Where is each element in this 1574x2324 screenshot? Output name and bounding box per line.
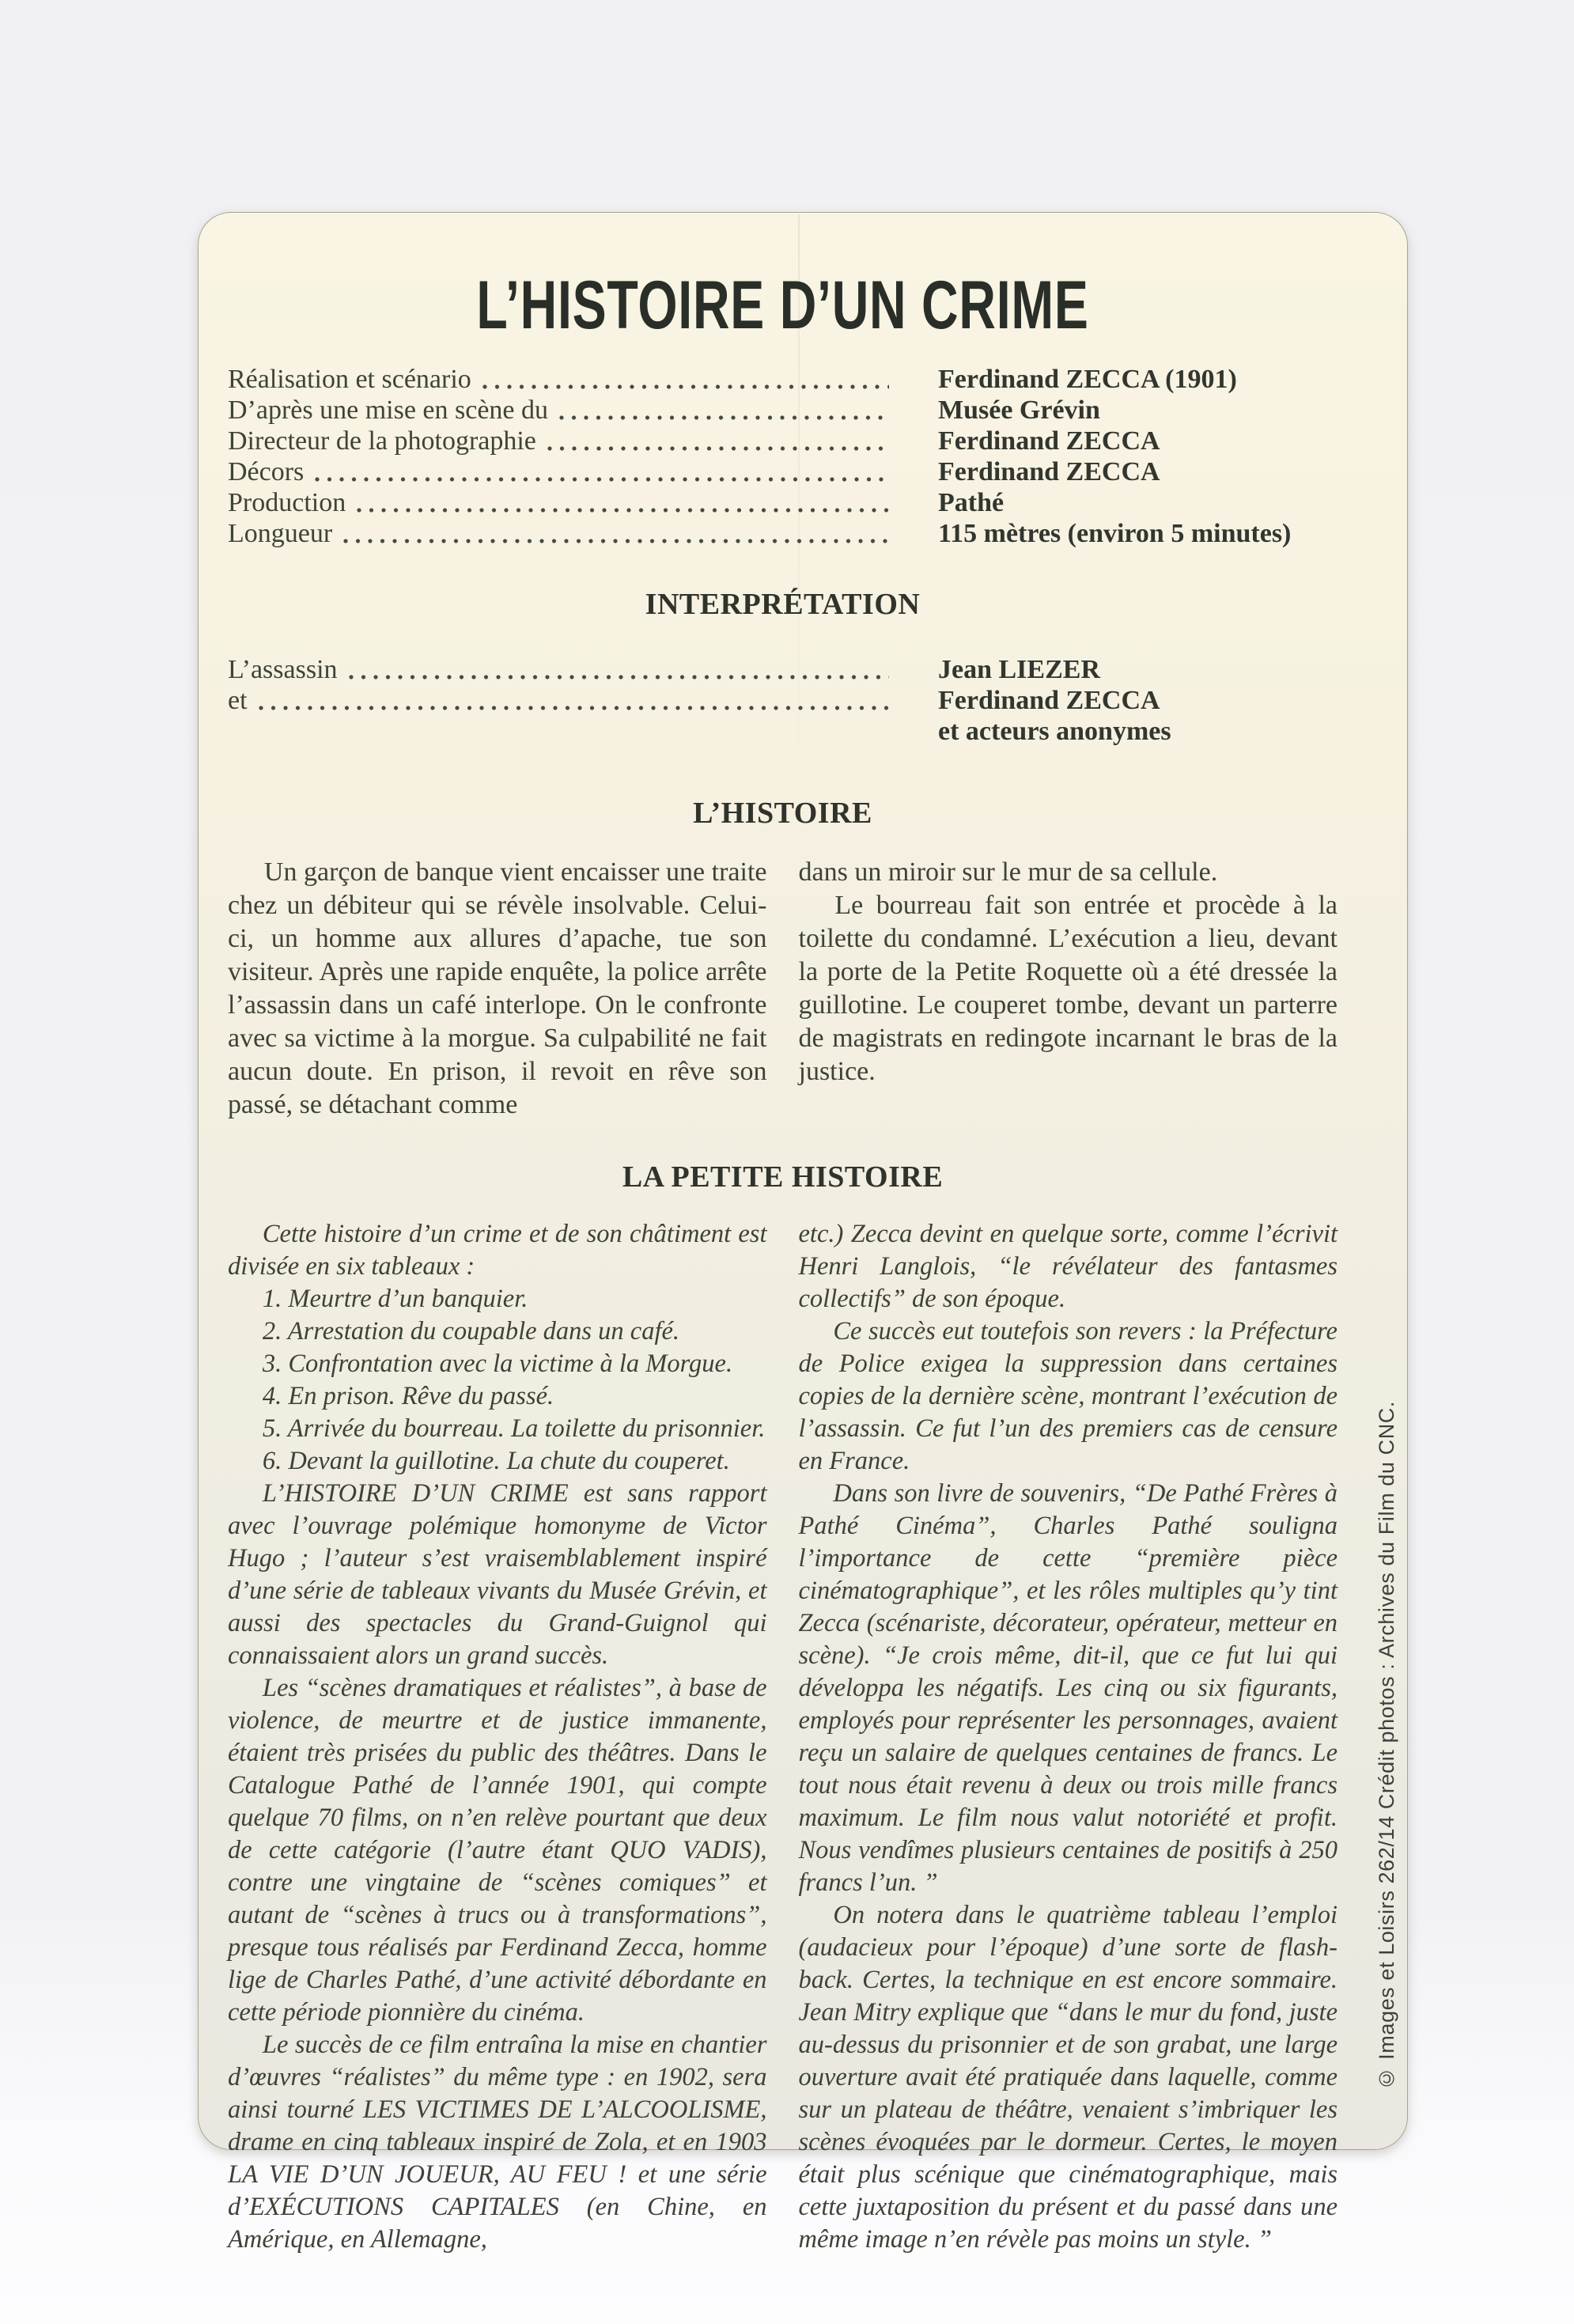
- credit-label: Directeur de la photographie: [228, 428, 536, 455]
- leader-dots: [482, 383, 889, 391]
- credit-label-cell: Longueur: [228, 520, 938, 547]
- paragraph: 5. Arrivée du bourreau. La toilette du p…: [228, 1413, 767, 1445]
- paragraph: Les “scènes dramatiques et réalistes”, à…: [228, 1672, 767, 2029]
- paragraph: 6. Devant la guillotine. La chute du cou…: [228, 1445, 767, 1478]
- credit-row: ProductionPathé: [228, 490, 1338, 517]
- leader-dots: [559, 414, 889, 422]
- paragraph: Ce succès eut toutefois son revers : la …: [799, 1315, 1338, 1478]
- leader-dots: [343, 537, 889, 545]
- credit-value: Ferdinand ZECCA: [938, 687, 1338, 714]
- credits-list: Réalisation et scénarioFerdinand ZECCA (…: [228, 366, 1338, 547]
- petite-histoire-columns: Cette histoire d’un crime et de son chât…: [228, 1218, 1338, 2256]
- credit-row: Longueur115 mètres (environ 5 minutes): [228, 520, 1338, 547]
- paragraph: Un garçon de banque vient encaisser une …: [228, 856, 767, 1122]
- copyright-credit: © Images et Loisirs 262/14 Crédit photos…: [1375, 1401, 1399, 2091]
- histoire-columns: Un garçon de banque vient encaisser une …: [228, 856, 1338, 1122]
- credit-label: Décors: [228, 459, 304, 486]
- card-content: L’HISTOIRE D’UN CRIME Réalisation et scé…: [228, 213, 1338, 2256]
- credit-row: DécorsFerdinand ZECCA: [228, 459, 1338, 486]
- credit-value: Ferdinand ZECCA: [938, 459, 1338, 486]
- paragraph: dans un miroir sur le mur de sa cellule.: [799, 856, 1338, 889]
- paragraph: 3. Confrontation avec la victime à la Mo…: [228, 1348, 767, 1380]
- interpretation-list: L’assassinJean LIEZERetFerdinand ZECCAet…: [228, 657, 1338, 745]
- leader-dots: [357, 506, 889, 514]
- paragraph: L’HISTOIRE D’UN CRIME est sans rapport a…: [228, 1478, 767, 1672]
- credit-value: Pathé: [938, 490, 1338, 517]
- histoire-heading: L’HISTOIRE: [228, 796, 1338, 831]
- paragraph: Cette histoire d’un crime et de son chât…: [228, 1218, 767, 1283]
- credit-label-cell: Réalisation et scénario: [228, 366, 938, 393]
- credit-label-cell: Décors: [228, 459, 938, 486]
- paragraph: 1. Meurtre d’un banquier.: [228, 1283, 767, 1315]
- credit-value: et acteurs anonymes: [938, 718, 1338, 745]
- paragraph: 2. Arrestation du coupable dans un café.: [228, 1315, 767, 1348]
- credit-label-cell: et: [228, 687, 938, 714]
- credit-label: L’assassin: [228, 657, 338, 683]
- paragraph: etc.) Zecca devint en quelque sorte, com…: [799, 1218, 1338, 1315]
- credit-value: Jean LIEZER: [938, 657, 1338, 683]
- interpretation-heading: INTERPRÉTATION: [228, 587, 1338, 622]
- film-card: L’HISTOIRE D’UN CRIME Réalisation et scé…: [198, 212, 1408, 2150]
- credit-value: Ferdinand ZECCA (1901): [938, 366, 1338, 393]
- paragraph: Dans son livre de souvenirs, “De Pathé F…: [799, 1478, 1338, 1899]
- paragraph: On notera dans le quatrième tableau l’em…: [799, 1899, 1338, 2256]
- credit-value: Musée Grévin: [938, 397, 1338, 424]
- petite-histoire-heading: LA PETITE HISTOIRE: [228, 1160, 1338, 1194]
- leader-dots: [547, 445, 889, 452]
- paragraph: Le succès de ce film entraîna la mise en…: [228, 2029, 767, 2256]
- leader-dots: [259, 704, 889, 712]
- credit-label-cell: Directeur de la photographie: [228, 428, 938, 455]
- credit-label: et: [228, 687, 248, 714]
- film-title: L’HISTOIRE D’UN CRIME: [366, 270, 1198, 341]
- leader-dots: [315, 475, 889, 483]
- credit-label-cell: L’assassin: [228, 657, 938, 683]
- credit-row: etFerdinand ZECCA: [228, 687, 1338, 714]
- scan-background: L’HISTOIRE D’UN CRIME Réalisation et scé…: [0, 0, 1574, 2324]
- histoire-right-column: dans un miroir sur le mur de sa cellule.…: [799, 856, 1338, 1122]
- histoire-left-column: Un garçon de banque vient encaisser une …: [228, 856, 767, 1122]
- petite-histoire-left-column: Cette histoire d’un crime et de son chât…: [228, 1218, 767, 2256]
- credit-label-cell: D’après une mise en scène du: [228, 397, 938, 424]
- credit-label: Réalisation et scénario: [228, 366, 471, 393]
- credit-label: Production: [228, 490, 346, 517]
- credit-label-cell: Production: [228, 490, 938, 517]
- leader-dots: [349, 673, 889, 681]
- credit-value: 115 mètres (environ 5 minutes): [938, 520, 1338, 547]
- petite-histoire-right-column: etc.) Zecca devint en quelque sorte, com…: [799, 1218, 1338, 2256]
- credit-label: Longueur: [228, 520, 332, 547]
- credit-label: D’après une mise en scène du: [228, 397, 548, 424]
- credit-row: et acteurs anonymes: [228, 718, 1338, 745]
- credit-row: Réalisation et scénarioFerdinand ZECCA (…: [228, 366, 1338, 393]
- paragraph: Le bourreau fait son entrée et procède à…: [799, 889, 1338, 1088]
- paragraph: 4. En prison. Rêve du passé.: [228, 1380, 767, 1413]
- credit-value: Ferdinand ZECCA: [938, 428, 1338, 455]
- credit-row: L’assassinJean LIEZER: [228, 657, 1338, 683]
- credit-row: D’après une mise en scène duMusée Grévin: [228, 397, 1338, 424]
- credit-row: Directeur de la photographieFerdinand ZE…: [228, 428, 1338, 455]
